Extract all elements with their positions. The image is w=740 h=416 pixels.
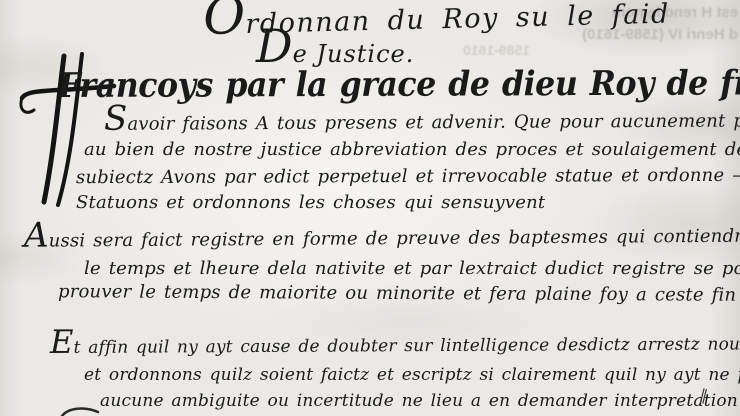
royal-title-line: Francoys par la grace de dieu Roy de fra… bbox=[58, 63, 740, 106]
manuscript-line-p2-1: Aussi sera faict registre en forme de pr… bbox=[24, 225, 740, 251]
manuscript-line-p1-2: au bien de nostre justice abbreviation d… bbox=[84, 139, 740, 160]
manuscript-line-p1-4: Statuons et ordonnons les choses qui sen… bbox=[76, 192, 545, 213]
manuscript-line-p3-2: et ordonnons quilz soient faictz et escr… bbox=[84, 365, 740, 385]
manuscript-line-p1-3: subiectz Avons par edict perpetuel et ir… bbox=[76, 165, 740, 188]
manuscript-line-p3-3: aucune ambiguite ou incertitude ne lieu … bbox=[100, 391, 738, 411]
cutoff-line-flourish bbox=[58, 406, 118, 416]
manuscript-page: est H rend le nom d Henri IV (1589-1610)… bbox=[0, 0, 740, 416]
manuscript-line-p2-3: prouver le temps de maiorite ou minorite… bbox=[58, 281, 740, 306]
manuscript-line-p3-1: Et affin quil ny ayt cause de doubter su… bbox=[50, 334, 740, 358]
manuscript-line-p2-2: le temps et lheure dela nativite et par … bbox=[84, 258, 740, 279]
manuscript-line-p1-1: Savoir faisons A tous presens et advenir… bbox=[104, 110, 740, 135]
